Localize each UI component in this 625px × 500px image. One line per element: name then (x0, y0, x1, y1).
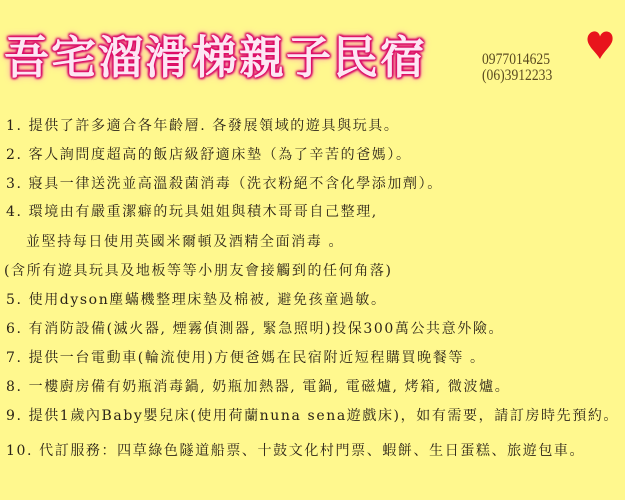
list-item: 1. 提供了許多適合各年齡層. 各發展領域的遊具與玩具。 (6, 117, 400, 135)
heart-icon (586, 30, 614, 60)
page-title: 吾宅溜滑梯親子民宿 (4, 30, 427, 86)
list-item: 4. 環境由有嚴重潔癖的玩具姐姐與積木哥哥自己整理, (6, 203, 378, 221)
list-item: 5. 使用dyson塵蟎機整理床墊及棉被, 避免孩童過敏。 (6, 291, 387, 309)
list-item: 6. 有消防設備(滅火器, 煙霧偵測器, 緊急照明)投保300萬公共意外險。 (6, 320, 504, 338)
list-item: 2. 客人詢問度超高的飯店級舒適床墊（為了辛苦的爸媽）。 (6, 146, 412, 164)
list-item: 9. 提供1歲內Baby嬰兒床(使用荷蘭nuna sena遊戲床)，如有需要，請… (6, 407, 619, 425)
list-item: 3. 寢具一律送洗並高溫殺菌消毒（洗衣粉絕不含化學添加劑）。 (6, 175, 443, 193)
list-item: 7. 提供一台電動車(輪流使用)方便爸媽在民宿附近短程購買晚餐等 。 (6, 349, 486, 367)
list-item: 8. 一樓廚房備有奶瓶消毒鍋, 奶瓶加熱器, 電鍋, 電磁爐, 烤箱, 微波爐。 (6, 378, 510, 396)
list-item-continuation: 並堅持每日使用英國米爾頓及酒精全面消毒 。 (26, 233, 344, 251)
contact-phones: 0977014625 (06)3912233 (482, 52, 552, 84)
list-item-note: (含所有遊具玩具及地板等等小朋友會接觸到的任何角落) (4, 262, 393, 280)
mobile-phone: 0977014625 (482, 52, 552, 68)
list-item: 10. 代訂服務：四草綠色隧道船票、十鼓文化村門票、蝦餅、生日蛋糕、旅遊包車。 (6, 442, 585, 460)
landline-phone: (06)3912233 (482, 68, 552, 84)
